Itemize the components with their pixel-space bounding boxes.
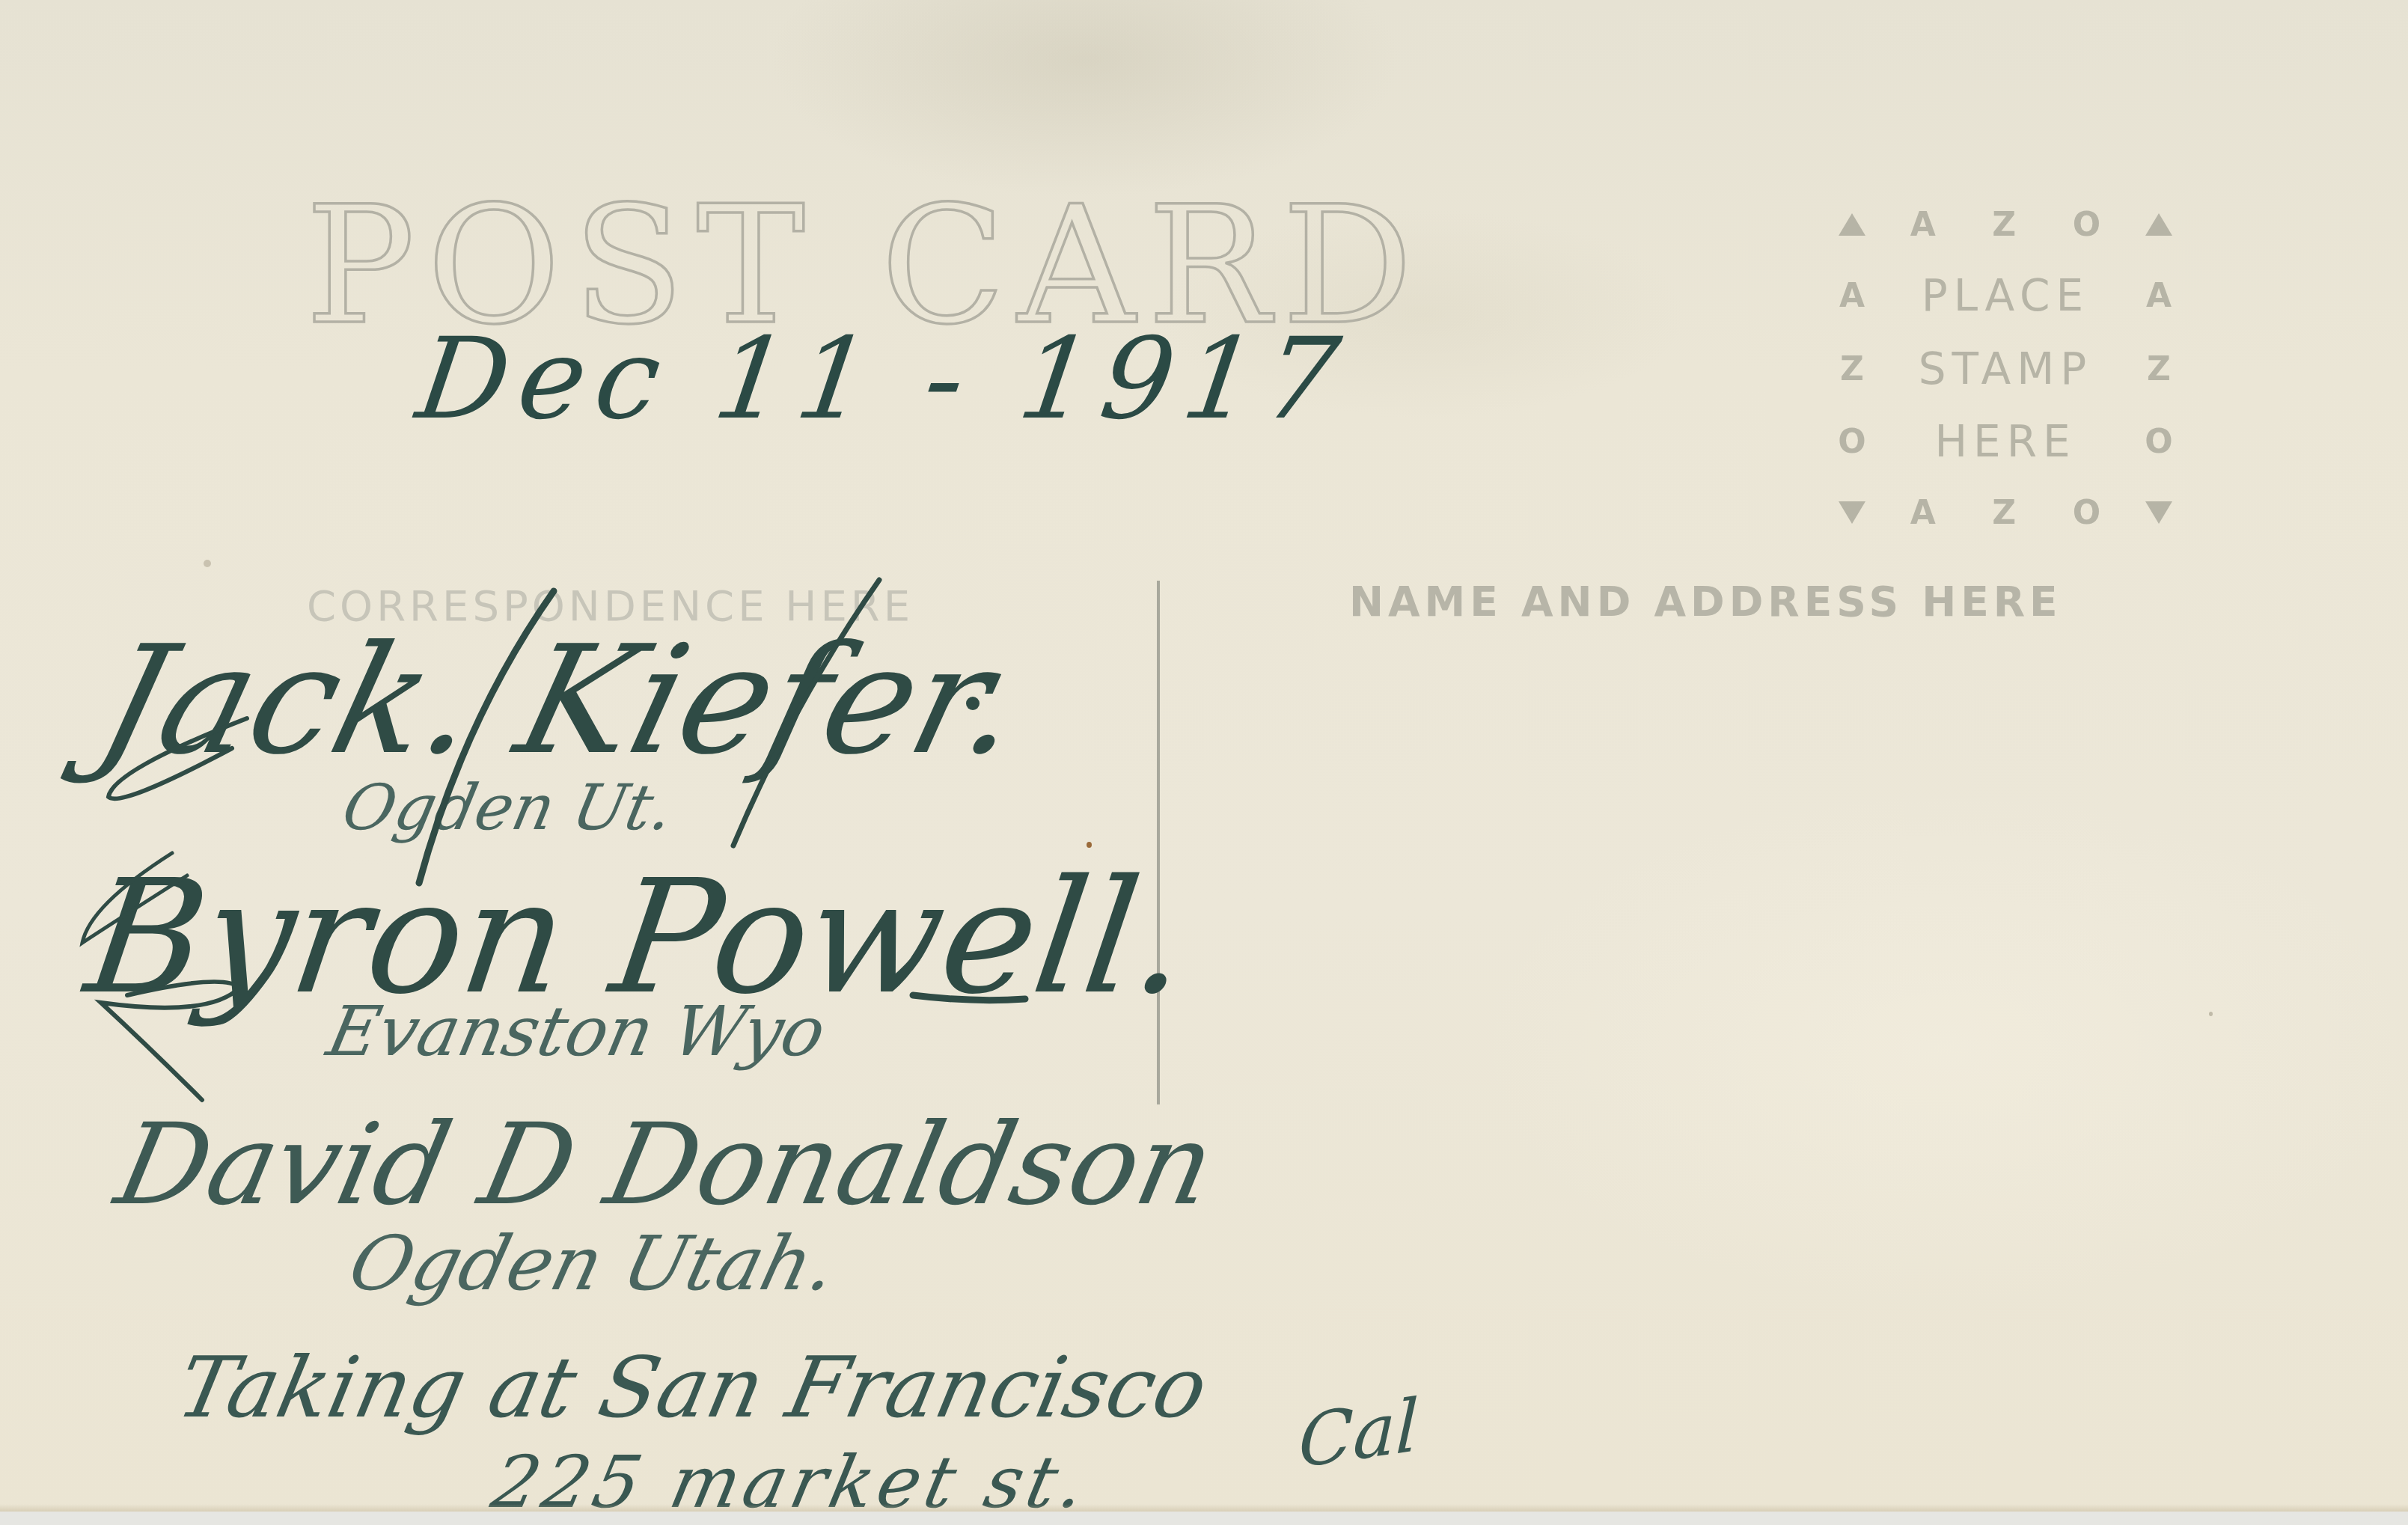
signature-3-location: Ogden Utah. [340, 1220, 846, 1307]
stamp-word-place: PLACE [1874, 270, 2136, 321]
message-line-1: Taking at San Francisco [169, 1339, 1215, 1437]
stamp-side-letter: O [2136, 423, 2181, 461]
stamp-side-letter: A [2136, 277, 2181, 315]
stamp-letter: O [2073, 206, 2100, 244]
triangle-down-icon [2136, 494, 2181, 532]
stamp-brand-bottom: A Z O [1874, 494, 2136, 532]
stamp-side-letter: O [1830, 423, 1874, 461]
stamp-box: A Z O A PLACE A Z STAMP Z O HERE O A Z [1830, 191, 2181, 543]
stamp-word-stamp: STAMP [1874, 343, 2136, 394]
paper-speck [204, 560, 211, 567]
triangle-up-icon [2136, 206, 2181, 244]
stamp-box-row-stamp: Z STAMP Z [1830, 335, 2181, 403]
triangle-up-icon [1830, 206, 1874, 244]
stamp-side-letter: Z [2136, 350, 2181, 388]
post-card-heading: POST CARD [305, 186, 1428, 335]
signature-1: Jack. Kiefer. [83, 614, 1040, 788]
stamp-box-top-row: A Z O [1830, 191, 2181, 258]
stamp-letter: Z [1992, 206, 2016, 244]
triangle-down-icon [1830, 494, 1874, 532]
stamp-letter: O [2073, 494, 2100, 532]
paper-speck [1087, 842, 1092, 848]
stamp-letter: A [1910, 494, 1936, 532]
signature-1-location: Ogden Ut. [337, 771, 680, 844]
paper-speck [2209, 1012, 2213, 1016]
signature-3: David D Donaldson [106, 1100, 1226, 1230]
message-state: Cal [1298, 1383, 1420, 1485]
post-card-heading-graphic: POST CARD [305, 186, 1428, 335]
handwritten-date: Dec 11 - 1917 [410, 314, 1357, 444]
stamp-box-row-here: O HERE O [1830, 408, 2181, 475]
stamp-brand-top: A Z O [1874, 206, 2136, 244]
address-label: NAME AND ADDRESS HERE [1349, 578, 2062, 626]
stamp-letter: A [1910, 206, 1936, 244]
stamp-box-row-place: A PLACE A [1830, 262, 2181, 329]
message-line-2: 225 market st. [485, 1440, 1097, 1512]
stamp-box-bottom-row: A Z O [1830, 479, 2181, 546]
card-bottom-edge [0, 1504, 2408, 1512]
stamp-letter: Z [1992, 494, 2016, 532]
postcard-back: POST CARD A Z O A PLACE A Z STAMP Z O HE… [0, 0, 2408, 1512]
post-card-heading-text: POST CARD [305, 186, 1420, 335]
signature-2-location: Evanston Wyo [321, 991, 833, 1072]
stamp-word-here: HERE [1874, 416, 2136, 467]
stamp-side-letter: Z [1830, 350, 1874, 388]
stamp-side-letter: A [1830, 277, 1874, 315]
